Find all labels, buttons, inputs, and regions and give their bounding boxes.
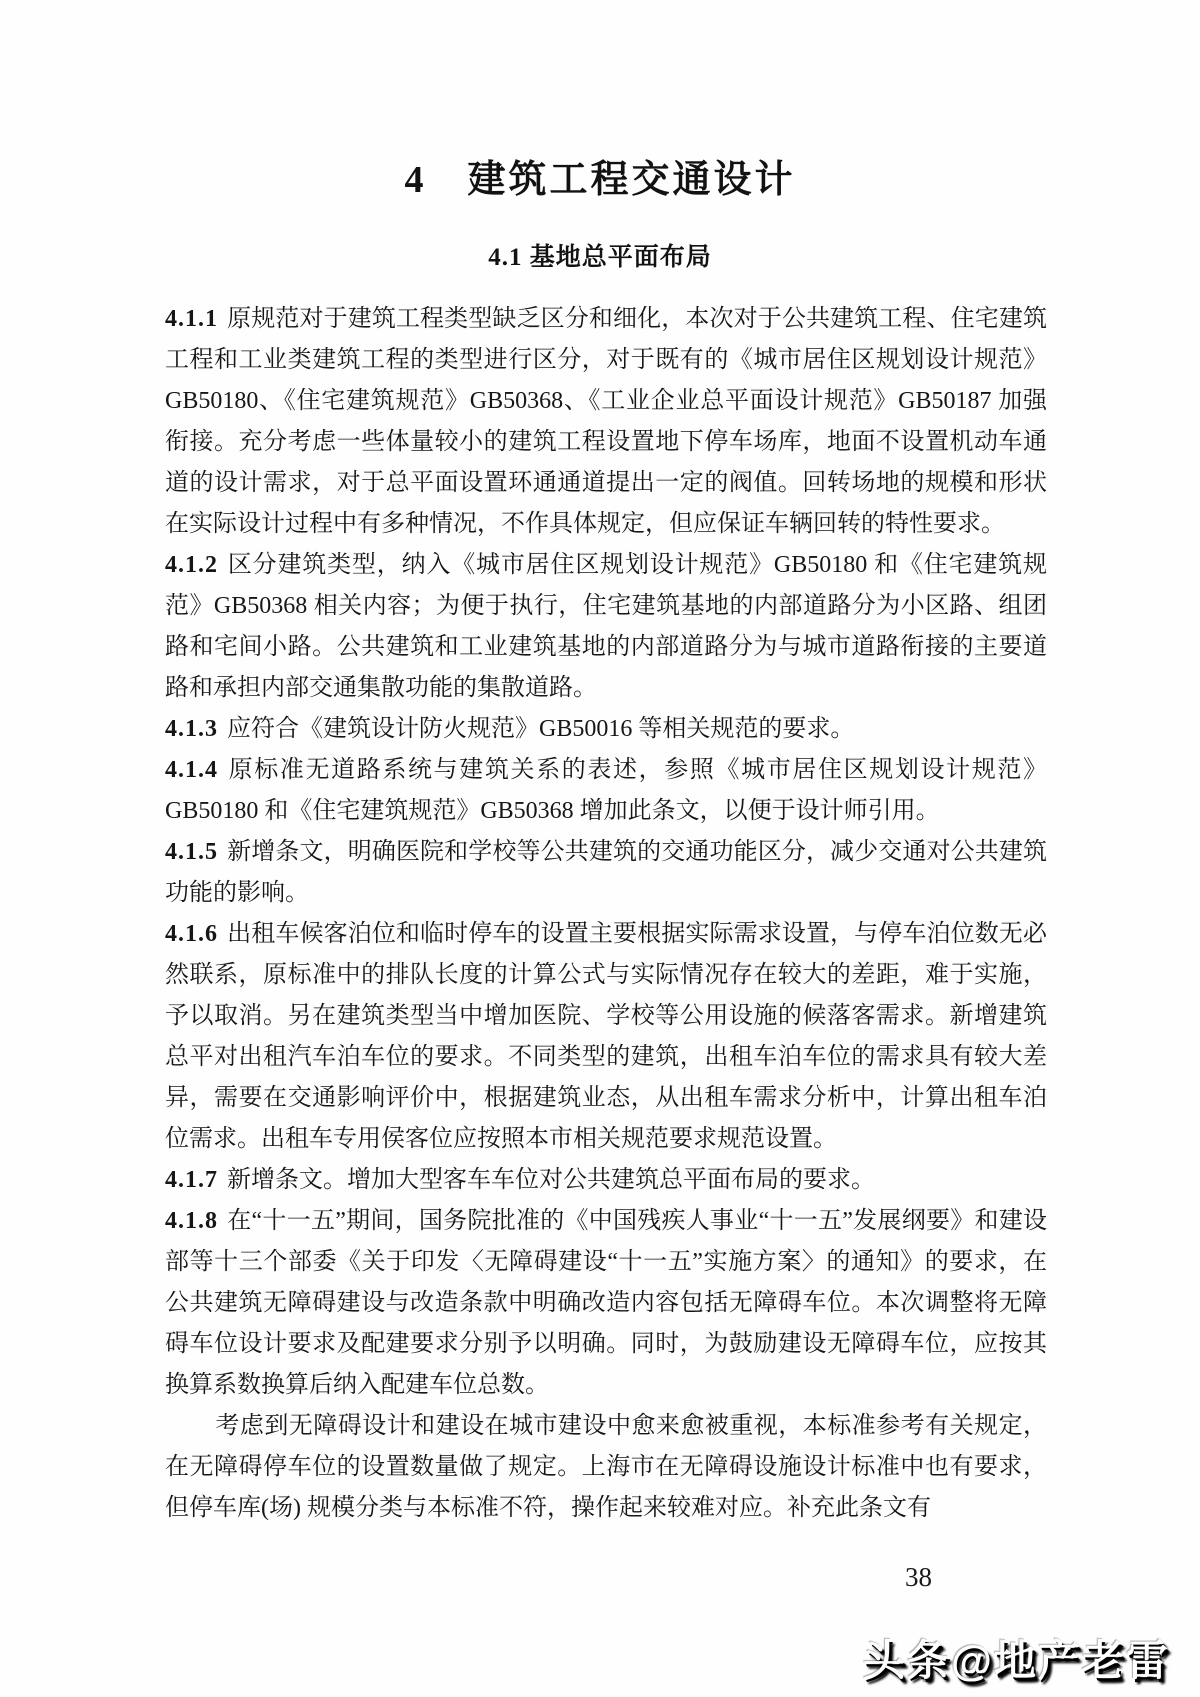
- paragraph-4-1-5: 4.1.5新增条文，明确医院和学校等公共建筑的交通功能区分，减少交通对公共建筑功…: [165, 832, 1047, 914]
- clause-text: 原规范对于建筑工程类型缺乏区分和细化，本次对于公共建筑工程、住宅建筑工程和工业类…: [165, 306, 1047, 537]
- section-subtitle: 4.1 基地总平面布局: [0, 203, 1200, 273]
- clause-number: 4.1.2: [165, 552, 218, 578]
- clause-text: 考虑到无障碍设计和建设在城市建设中愈来愈被重视，本标准参考有关规定，在无障碍停车…: [165, 1413, 1047, 1521]
- paragraph-4-1-8: 4.1.8在“十一五”期间，国务院批准的《中国残疾人事业“十一五”发展纲要》和建…: [165, 1201, 1047, 1406]
- document-page: 4 建筑工程交通设计 4.1 基地总平面布局 4.1.1原规范对于建筑工程类型缺…: [0, 0, 1200, 1697]
- clause-text: 应符合《建筑设计防火规范》GB50016 等相关规范的要求。: [227, 716, 854, 742]
- clause-number: 4.1.8: [165, 1208, 218, 1234]
- clause-number: 4.1.3: [165, 716, 218, 742]
- clause-number: 4.1.6: [165, 921, 218, 947]
- paragraph-4-1-2: 4.1.2区分建筑类型，纳入《城市居住区规划设计规范》GB50180 和《住宅建…: [165, 545, 1047, 709]
- clause-number: 4.1.7: [165, 1167, 218, 1193]
- page-number: 38: [905, 1562, 932, 1593]
- clause-text: 新增条文。增加大型客车车位对公共建筑总平面布局的要求。: [227, 1167, 875, 1193]
- clause-text: 区分建筑类型，纳入《城市居住区规划设计规范》GB50180 和《住宅建筑规范》G…: [165, 552, 1047, 701]
- paragraph-4-1-3: 4.1.3应符合《建筑设计防火规范》GB50016 等相关规范的要求。: [165, 709, 1047, 750]
- paragraph-4-1-4: 4.1.4原标准无道路系统与建筑关系的表述，参照《城市居住区规划设计规范》GB5…: [165, 750, 1047, 832]
- paragraph-4-1-1: 4.1.1原规范对于建筑工程类型缺乏区分和细化，本次对于公共建筑工程、住宅建筑工…: [165, 299, 1047, 545]
- clause-text: 在“十一五”期间，国务院批准的《中国残疾人事业“十一五”发展纲要》和建设部等十三…: [165, 1208, 1047, 1398]
- clause-text: 新增条文，明确医院和学校等公共建筑的交通功能区分，减少交通对公共建筑功能的影响。: [165, 839, 1047, 906]
- clause-text: 原标准无道路系统与建筑关系的表述，参照《城市居住区规划设计规范》GB50180 …: [165, 757, 1047, 824]
- clause-number: 4.1.4: [165, 757, 218, 783]
- clause-text: 出租车候客泊位和临时停车的设置主要根据实际需求设置，与停车泊位数无必然联系，原标…: [165, 921, 1047, 1152]
- watermark-toutiao-dichanlaolei: 头条@地产老雷: [863, 1628, 1170, 1688]
- clause-number: 4.1.1: [165, 306, 218, 332]
- paragraph-4-1-6: 4.1.6出租车候客泊位和临时停车的设置主要根据实际需求设置，与停车泊位数无必然…: [165, 914, 1047, 1160]
- paragraph-4-1-7: 4.1.7新增条文。增加大型客车车位对公共建筑总平面布局的要求。: [165, 1160, 1047, 1201]
- document-body: 4.1.1原规范对于建筑工程类型缺乏区分和细化，本次对于公共建筑工程、住宅建筑工…: [165, 299, 1047, 1529]
- clause-number: 4.1.5: [165, 839, 218, 865]
- paragraph-closing-note: 考虑到无障碍设计和建设在城市建设中愈来愈被重视，本标准参考有关规定，在无障碍停车…: [165, 1406, 1047, 1529]
- page-title: 4 建筑工程交通设计: [0, 0, 1200, 203]
